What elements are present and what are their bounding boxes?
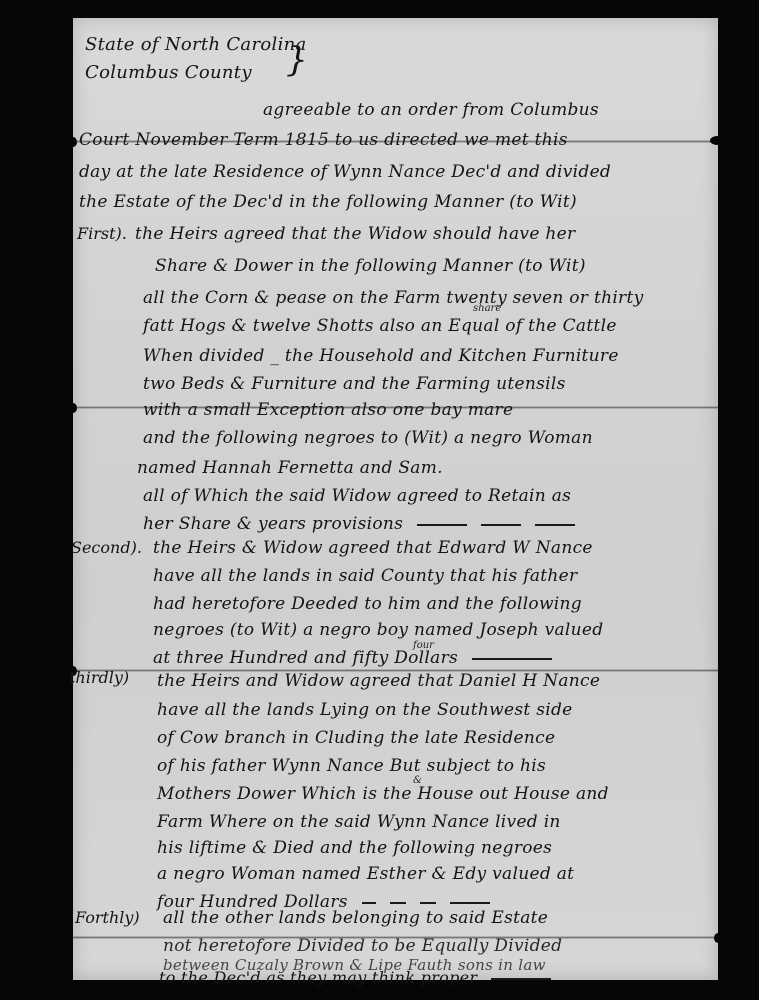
section-line: the Heirs agreed that the Widow should h…: [135, 226, 575, 243]
section-line: named Hannah Fernetta and Sam.: [137, 460, 443, 477]
section-line: fatt Hogs & twelve Shotts also an Equal …: [143, 318, 617, 335]
section-line: all the other lands belonging to said Es…: [163, 910, 548, 927]
section-line: at three Hundred and fifty Dollars: [153, 650, 552, 667]
line-filler-dash: [450, 902, 490, 904]
section-line: When divided _ the Household and Kitchen…: [143, 348, 619, 365]
section-line: Share & Dower in the following Manner (t…: [155, 258, 586, 275]
section-line: of his father Wynn Nance But subject to …: [157, 758, 546, 775]
preamble-line: the Estate of the Dec'd in the following…: [79, 194, 577, 211]
section-line: all the Corn & pease on the Farm twenty …: [143, 290, 644, 307]
section-line: the Heirs and Widow agreed that Daniel H…: [157, 673, 600, 690]
section-label-third: thirdly): [69, 668, 129, 687]
section-line: not heretofore Divided to be Equally Div…: [163, 938, 562, 955]
fold-notch: [69, 403, 77, 413]
section-line: with a small Exception also one bay mare: [143, 402, 513, 419]
line-filler-dash: [472, 658, 552, 660]
line-filler-dash: [420, 902, 436, 904]
heading-county: Columbus County: [85, 64, 252, 82]
section-line-text: at three Hundred and fifty Dollars: [153, 648, 458, 668]
section-line: negroes (to Wit) a negro boy named Josep…: [153, 622, 603, 639]
heading-state: State of North Carolina: [85, 36, 307, 54]
section-line: his liftime & Died and the following neg…: [157, 840, 552, 857]
preamble-line: day at the late Residence of Wynn Nance …: [79, 164, 611, 181]
section-label-second: Second).: [71, 538, 142, 557]
fold-notch: [710, 136, 724, 145]
fold-notch: [69, 137, 77, 147]
heading-brace: }: [286, 40, 308, 80]
line-filler-dash: [417, 524, 467, 526]
section-line: a negro Woman named Esther & Edy valued …: [157, 866, 574, 883]
fold-notch: [714, 933, 722, 943]
section-line-text: to the Dec'd as they may think proper: [159, 968, 477, 987]
line-filler-dash: [362, 902, 376, 904]
line-filler-dash: [535, 524, 575, 526]
section-line: all of Which the said Widow agreed to Re…: [143, 488, 571, 505]
section-line: the Heirs & Widow agreed that Edward W N…: [153, 540, 593, 557]
section-line: and the following negroes to (Wit) a neg…: [143, 430, 593, 447]
section-line: have all the lands Lying on the Southwes…: [157, 702, 573, 719]
section-line: of Cow branch in Cluding the late Reside…: [157, 730, 555, 747]
section-line: her Share & years provisions: [143, 516, 575, 533]
preamble-line: Court November Term 1815 to us directed …: [79, 132, 568, 149]
section-label-first: First).: [77, 224, 127, 243]
section-line: Mothers Dower Which is the House out Hou…: [157, 786, 609, 803]
section-line: to the Dec'd as they may think proper: [159, 970, 551, 986]
section-line: Farm Where on the said Wynn Nance lived …: [157, 814, 561, 831]
interlinear-note: share: [473, 303, 501, 314]
section-line: two Beds & Furniture and the Farming ute…: [143, 376, 566, 393]
section-line: had heretofore Deeded to him and the fol…: [153, 596, 582, 613]
line-filler-dash: [491, 978, 551, 980]
preamble-line: agreeable to an order from Columbus: [263, 102, 599, 119]
section-line-text: her Share & years provisions: [143, 514, 403, 534]
line-filler-dash: [481, 524, 521, 526]
section-line: have all the lands in said County that h…: [153, 568, 577, 585]
section-label-fourth: Forthly): [75, 908, 140, 927]
line-filler-dash: [390, 902, 406, 904]
manuscript-page: State of North Carolina Columbus County …: [73, 18, 718, 980]
